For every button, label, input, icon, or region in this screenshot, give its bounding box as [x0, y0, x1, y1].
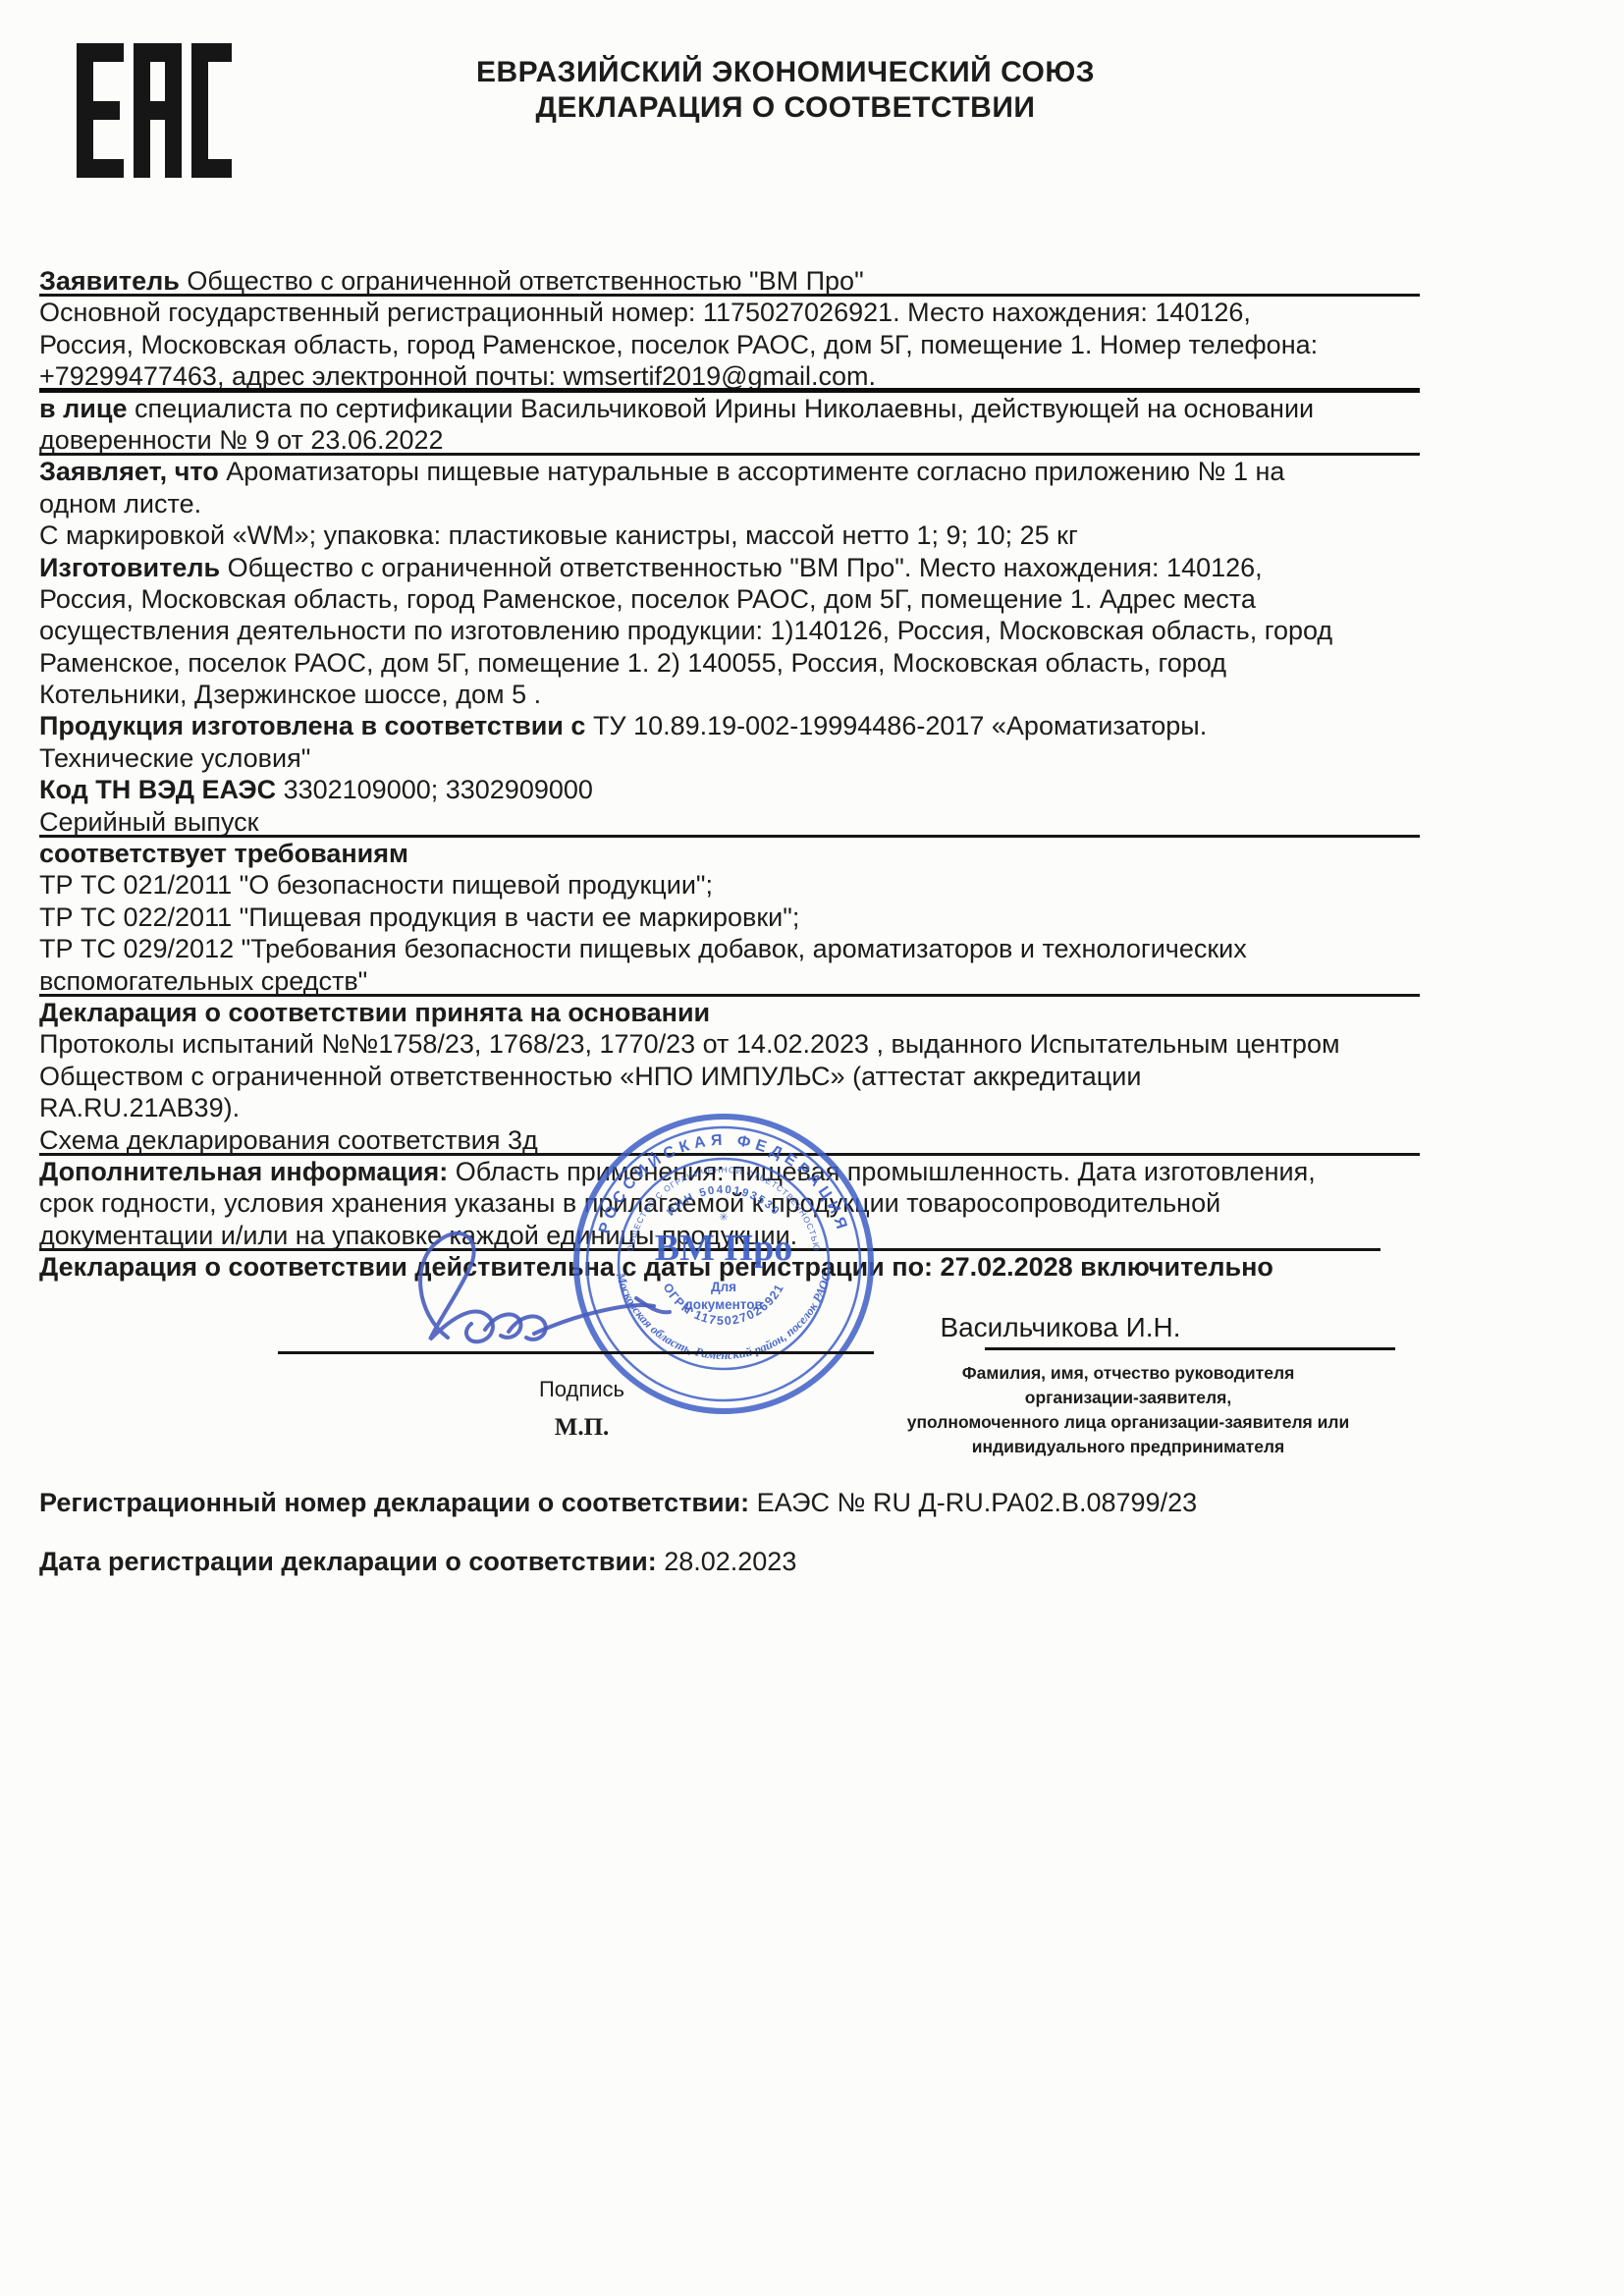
line-label-bold: Изготовитель	[39, 553, 228, 582]
line-text: 3302109000; 3302909000	[284, 775, 593, 804]
line-text: Технические условия"	[39, 743, 310, 773]
line-label-bold: Код ТН ВЭД ЕАЭС	[39, 775, 284, 804]
document-line: Основной государственный регистрационный…	[39, 297, 1422, 328]
document-line: +79299477463, адрес электронной почты: w…	[39, 360, 1422, 392]
doc-title-line1: ЕВРАЗИЙСКИЙ ЭКОНОМИЧЕСКИЙ СОЮЗ	[373, 55, 1198, 90]
document-line: Россия, Московская область, город Раменс…	[39, 329, 1422, 360]
line-label-bold: Продукция изготовлена в соответствии с	[39, 711, 593, 740]
doc-title-line2: ДЕКЛАРАЦИЯ О СООТВЕТСТВИИ	[373, 90, 1198, 126]
registration-date-label: Дата регистрации декларации о соответств…	[39, 1547, 664, 1576]
doc-title: ЕВРАЗИЙСКИЙ ЭКОНОМИЧЕСКИЙ СОЮЗ ДЕКЛАРАЦИ…	[373, 55, 1198, 126]
document-line: вспомогательных средств"	[39, 965, 1422, 997]
line-text: доверенности № 9 от 23.06.2022	[39, 425, 444, 455]
line-text: Ароматизаторы пищевые натуральные в ассо…	[226, 457, 1284, 486]
document-line: Декларация о соответствии принята на осн…	[39, 997, 1422, 1028]
document-line: ТР ТС 022/2011 "Пищевая продукция в част…	[39, 902, 1422, 933]
document-line: Серийный выпуск	[39, 806, 1422, 838]
document-line: Обществом с ограниченной ответственность…	[39, 1061, 1422, 1092]
document-line: ТР ТС 029/2012 "Требования безопасности …	[39, 933, 1422, 964]
document-line: Россия, Московская область, город Раменс…	[39, 583, 1422, 615]
line-text: осуществления деятельности по изготовлен…	[39, 616, 1332, 645]
document-line: Заявитель Общество с ограниченной ответс…	[39, 265, 1422, 297]
document-line: Протоколы испытаний №№1758/23, 1768/23, …	[39, 1028, 1422, 1060]
line-text: Россия, Московская область, город Раменс…	[39, 330, 1318, 359]
mp-label: М.П.	[511, 1414, 653, 1442]
line-text: Россия, Московская область, город Раменс…	[39, 584, 1256, 614]
signee-caption-line1: Фамилия, имя, отчество руководителя орга…	[903, 1361, 1353, 1410]
declaration-document: ЕВРАЗИЙСКИЙ ЭКОНОМИЧЕСКИЙ СОЮЗ ДЕКЛАРАЦИ…	[0, 0, 1624, 2296]
document-line: осуществления деятельности по изготовлен…	[39, 615, 1422, 646]
document-line: Код ТН ВЭД ЕАЭС 3302109000; 3302909000	[39, 774, 1422, 805]
line-text: Котельники, Дзержинское шоссе, дом 5 .	[39, 680, 541, 709]
document-line: Котельники, Дзержинское шоссе, дом 5 .	[39, 679, 1422, 710]
line-text: ТУ 10.89.19-002-19994486-2017 «Ароматиза…	[593, 711, 1207, 740]
document-line: Изготовитель Общество с ограниченной отв…	[39, 552, 1422, 583]
document-line: С маркировкой «WM»; упаковка: пластиковы…	[39, 519, 1422, 551]
document-line: ТР ТС 021/2011 "О безопасности пищевой п…	[39, 869, 1422, 901]
document-line: Заявляет, что Ароматизаторы пищевые нату…	[39, 456, 1422, 487]
signature-line-right	[985, 1347, 1395, 1350]
document-line: доверенности № 9 от 23.06.2022	[39, 424, 1422, 456]
document-line: соответствует требованиям	[39, 838, 1422, 869]
signee-caption-line2: уполномоченного лица организации-заявите…	[903, 1410, 1353, 1435]
registration-number-value: ЕАЭС № RU Д-RU.РА02.В.08799/23	[757, 1488, 1197, 1517]
document-line: Раменское, поселок РАОС, дом 5Г, помещен…	[39, 647, 1422, 679]
registration-number-label: Регистрационный номер декларации о соотв…	[39, 1488, 757, 1517]
line-label-bold: соответствует требованиям	[39, 839, 408, 868]
podpis-label: Подпись	[511, 1377, 653, 1402]
line-text: Общество с ограниченной ответственностью…	[228, 553, 1263, 582]
signature-line-left	[278, 1351, 874, 1354]
line-label-bold: Дополнительная информация:	[39, 1157, 456, 1186]
stamp-star: ✳	[719, 1212, 728, 1224]
document-line: в лице специалиста по сертификации Васил…	[39, 393, 1422, 424]
line-text: ТР ТС 029/2012 "Требования безопасности …	[39, 934, 1247, 963]
line-label-bold: Заявляет, что	[39, 457, 226, 486]
signee-caption-line3: индивидуального предпринимателя	[903, 1435, 1353, 1459]
line-label-bold: Заявитель	[39, 266, 187, 296]
signee-name: Васильчикова И.Н.	[864, 1312, 1257, 1343]
line-text: специалиста по сертификации Васильчиково…	[135, 394, 1314, 423]
line-text: Обществом с ограниченной ответственность…	[39, 1062, 1141, 1091]
line-text: RA.RU.21АВ39).	[39, 1093, 240, 1122]
line-label-bold: в лице	[39, 394, 135, 423]
document-line: одном листе.	[39, 488, 1422, 519]
eac-mark-icon	[77, 43, 232, 183]
registration-date-line: Дата регистрации декларации о соответств…	[39, 1547, 796, 1577]
line-text: ТР ТС 022/2011 "Пищевая продукция в част…	[39, 902, 799, 932]
line-text: Схема декларирования соответствия 3д	[39, 1125, 538, 1155]
line-text: вспомогательных средств"	[39, 966, 367, 996]
line-text: ТР ТС 021/2011 "О безопасности пищевой п…	[39, 870, 713, 900]
line-text: Серийный выпуск	[39, 807, 258, 837]
line-text: Общество с ограниченной ответственностью…	[187, 266, 863, 296]
line-text: Протоколы испытаний №№1758/23, 1768/23, …	[39, 1029, 1340, 1059]
registration-number-line: Регистрационный номер декларации о соотв…	[39, 1488, 1197, 1518]
line-text: одном листе.	[39, 489, 201, 519]
line-label-bold: Декларация о соответствии принята на осн…	[39, 998, 710, 1027]
document-line: Продукция изготовлена в соответствии с Т…	[39, 710, 1422, 741]
line-text: С маркировкой «WM»; упаковка: пластиковы…	[39, 520, 1078, 550]
line-text: Раменское, поселок РАОС, дом 5Г, помещен…	[39, 648, 1226, 678]
line-text: Основной государственный регистрационный…	[39, 298, 1251, 327]
signee-caption: Фамилия, имя, отчество руководителя орга…	[903, 1361, 1353, 1459]
registration-date-value: 28.02.2023	[664, 1547, 796, 1576]
signature	[391, 1216, 715, 1373]
document-line: Технические условия"	[39, 742, 1422, 774]
